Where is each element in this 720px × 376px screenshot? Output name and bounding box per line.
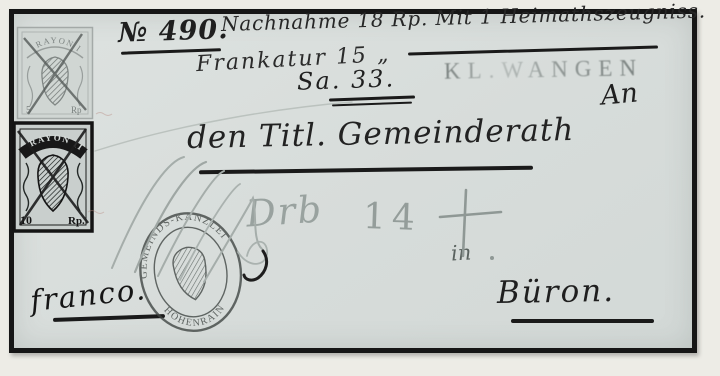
municipal-seal-postmark: GEMEINDS-KANZLEI HOHENRAIN xyxy=(125,200,258,347)
pencil-note: Drb xyxy=(245,187,325,235)
an-word: An xyxy=(600,77,639,111)
stamp-rayon-i: RAYON I 5 Rp xyxy=(16,26,94,120)
stamp-unit: Rp xyxy=(71,105,82,115)
destination-line: Büron. xyxy=(497,273,616,311)
in-word: in xyxy=(450,240,471,265)
sum-note: Sa. 33. xyxy=(297,64,396,95)
postal-cover-scan: RAYON I 5 Rp RAYON II xyxy=(0,0,720,376)
underline xyxy=(511,319,654,323)
seal-shield-icon xyxy=(171,245,212,303)
registration-number: № 490. xyxy=(117,14,229,49)
stamp-rayon-ii: RAYON II 10 Rp. xyxy=(12,121,94,233)
pencil-amount: 14 xyxy=(362,196,421,239)
